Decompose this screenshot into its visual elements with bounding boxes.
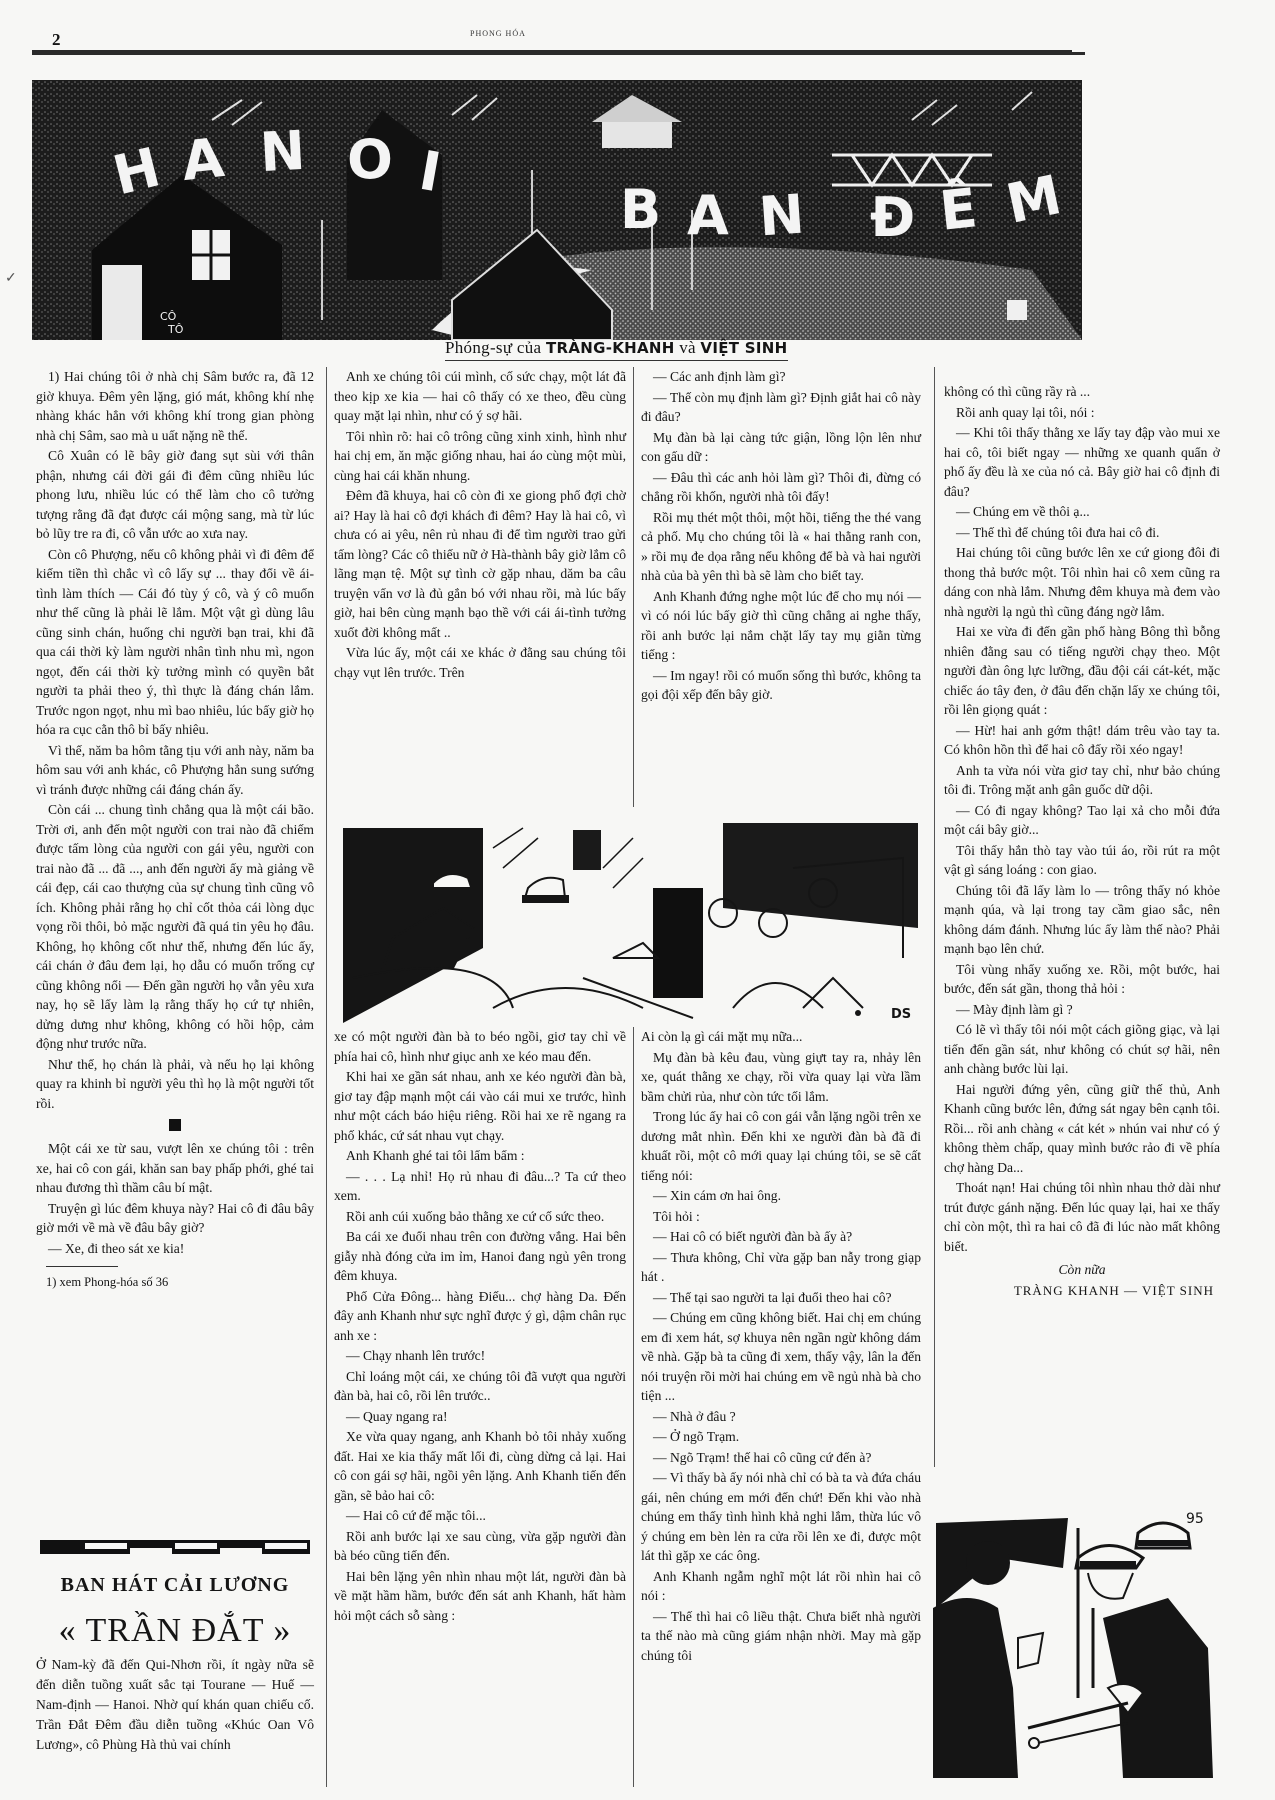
paragraph: không có thì cũng rầy rà ... xyxy=(944,382,1220,402)
paragraph: Hai người đứng yên, cũng giữ thế thủ, An… xyxy=(944,1080,1220,1178)
paragraph: Rồi anh cúi xuống bảo thằng xe cứ cố sức… xyxy=(334,1207,626,1227)
paragraph: Anh Khanh đứng nghe một lúc để cho mụ nó… xyxy=(641,587,921,665)
paragraph: Ai còn lạ gì cái mặt mụ nữa... xyxy=(641,1027,921,1047)
paragraph: — Đâu thì các anh hỏi làm gì? Thôi đi, đ… xyxy=(641,468,921,507)
night-city-woodcut-icon xyxy=(32,80,1082,340)
article-column-3-bottom: Ai còn lạ gì cái mặt mụ nữa... Mụ đàn bà… xyxy=(641,1027,921,1666)
paragraph: Đêm đã khuya, hai cô còn đi xe giong phố… xyxy=(334,486,626,642)
ad-divider-bar xyxy=(40,1540,310,1554)
paragraph: Tôi hỏi : xyxy=(641,1207,921,1227)
ad-title: « TRẦN ĐẮT » xyxy=(36,1612,314,1650)
paragraph: xe có một người đàn bà to béo ngồi, giơ … xyxy=(334,1027,626,1066)
paragraph: Rồi anh quay lại tôi, nói : xyxy=(944,403,1220,423)
paragraph: Truyện gì lúc đêm khuya này? Hai cô đi đ… xyxy=(36,1199,314,1238)
banner-letter-n2: N xyxy=(757,183,806,249)
rickshaw-chase-illustration: DS xyxy=(343,808,918,1023)
paragraph: — Im ngay! rồi có muốn sống thì bước, kh… xyxy=(641,666,921,705)
paragraph: — Thế thì để chúng tôi đưa hai cô đi. xyxy=(944,523,1220,543)
paragraph: Anh ta vừa nói vừa giơ tay chỉ, như bảo … xyxy=(944,761,1220,800)
paragraph: Chỉ loáng một cái, xe chúng tôi đã vượt … xyxy=(334,1367,626,1406)
paragraph: — Vì thấy bà ấy nói nhà chỉ có bà ta và … xyxy=(641,1468,921,1566)
paragraph: Mụ đàn bà lại càng tức giận, lồng lộn lê… xyxy=(641,428,921,467)
article-signature: TRÀNG KHANH — VIỆT SINH xyxy=(944,1281,1220,1301)
paragraph: — Xin cám ơn hai ông. xyxy=(641,1186,921,1206)
section-break-mark xyxy=(169,1119,181,1131)
paragraph: — Hai cô có biết người đàn bà ấy à? xyxy=(641,1227,921,1247)
paragraph: Chúng tôi đã lấy làm lo — trông thấy nó … xyxy=(944,881,1220,959)
ad-heading: BAN HÁT CẢI LƯƠNG xyxy=(36,1574,314,1597)
paragraph: Còn cái ... chung tình chẳng qua là một … xyxy=(36,800,314,1054)
article-column-2-top: Anh xe chúng tôi cúi mình, cố sức chạy, … xyxy=(334,367,626,683)
paragraph: Rồi mụ thét một thôi, một hồi, tiếng the… xyxy=(641,508,921,586)
paragraph: 1) Hai chúng tôi ở nhà chị Sâm bước ra, … xyxy=(36,367,314,445)
paragraph: Xe vừa quay ngang, anh Khanh bỏ tôi nhảy… xyxy=(334,1427,626,1505)
top-rule xyxy=(32,50,1072,55)
byline-prefix: Phóng-sự của xyxy=(445,338,541,357)
paragraph: — Hừ! hai anh gớm thật! dám trêu vào tay… xyxy=(944,721,1220,760)
continued-note: Còn nữa xyxy=(944,1260,1220,1280)
banner-letter-n: N xyxy=(258,119,306,184)
article-column-3-top: — Các anh định làm gì? — Thế còn mụ định… xyxy=(641,367,921,706)
paragraph: Khi hai xe gần sát nhau, anh xe kéo ngườ… xyxy=(334,1067,626,1145)
column-divider xyxy=(934,367,935,1467)
paragraph: — Thế còn mụ định làm gì? Định giắt hai … xyxy=(641,388,921,427)
paragraph: Ba cái xe đuổi nhau trên con đường vắng.… xyxy=(334,1227,626,1286)
confrontation-illustration: 95 xyxy=(928,1488,1228,1778)
banner-letter-e: Ê xyxy=(937,176,980,243)
paragraph: Còn cô Phượng, nếu cô không phải vì đi đ… xyxy=(36,545,314,740)
paragraph: — Hai cô cứ để mặc tôi... xyxy=(334,1506,626,1526)
byline-conjunction: và xyxy=(679,338,696,357)
page-number: 2 xyxy=(52,30,61,50)
article-column-1: 1) Hai chúng tôi ở nhà chị Sâm bước ra, … xyxy=(36,367,314,1293)
paragraph: Thoát nạn! Hai chúng tôi nhìn nhau thở d… xyxy=(944,1178,1220,1256)
artist-mark: DS xyxy=(891,1007,911,1022)
footnote-rule xyxy=(46,1266,118,1267)
ad-body: Ở Nam-kỳ đã đến Qui-Nhơn rồi, ít ngày nữ… xyxy=(36,1655,314,1755)
paragraph: — Xe, đi theo sát xe kia! xyxy=(36,1239,314,1259)
banner-letter-d: Đ xyxy=(870,186,915,249)
banner-letter-b: B xyxy=(620,178,661,241)
paragraph: — Các anh định làm gì? xyxy=(641,367,921,387)
paragraph: Hai xe vừa đi đến gần phố hàng Bông thì … xyxy=(944,622,1220,720)
paragraph: Tôi nhìn rõ: hai cô trông cũng xinh xinh… xyxy=(334,427,626,486)
paragraph: — Nhà ở đâu ? xyxy=(641,1407,921,1427)
paragraph: Hai chúng tôi cũng bước lên xe cứ giong … xyxy=(944,543,1220,621)
column-divider xyxy=(633,367,634,807)
paragraph: Phố Cửa Đông... hàng Điếu... chợ hàng Da… xyxy=(334,1287,626,1346)
paragraph: — Ngõ Trạm! thế hai cô cũng cứ đến à? xyxy=(641,1448,921,1468)
banner-letter-a: A xyxy=(179,126,227,193)
article-byline: Phóng-sự của TRÀNG-KHANH và VIỆT SINH xyxy=(445,338,788,361)
paragraph: — Có đi ngay không? Tao lại xả cho mỗi đ… xyxy=(944,801,1220,840)
paragraph: Anh Khanh ghé tai tôi lẩm bẩm : xyxy=(334,1146,626,1166)
paragraph: Trong lúc ấy hai cô con gái vẫn lặng ngồ… xyxy=(641,1107,921,1185)
banner-illustration: H A N O I B A N Đ Ê M CÔ TÔ xyxy=(32,80,1082,340)
artist-mark: 95 xyxy=(1186,1511,1204,1527)
paragraph: Như thế, họ chán là phải, và nếu họ lại … xyxy=(36,1055,314,1114)
paragraph: — Quay ngang ra! xyxy=(334,1407,626,1427)
paragraph: — Thế tại sao người ta lại đuổi theo hai… xyxy=(641,1288,921,1308)
paragraph: — . . . Lạ nhỉ! Họ rủ nhau đi đâu...? Ta… xyxy=(334,1167,626,1206)
paragraph: Tôi thấy hắn thò tay vào túi áo, rồi rút… xyxy=(944,841,1220,880)
paragraph: — Mày định làm gì ? xyxy=(944,1000,1220,1020)
paragraph: Anh xe chúng tôi cúi mình, cố sức chạy, … xyxy=(334,367,626,426)
column-divider xyxy=(326,367,327,1787)
paragraph: Vừa lúc ấy, một cái xe khác ở đằng sau c… xyxy=(334,643,626,682)
rickshaw-scene-icon: DS xyxy=(343,808,918,1023)
paragraph: Vì thế, năm ba hôm tằng tịu với anh này,… xyxy=(36,741,314,800)
byline-author-2: VIỆT SINH xyxy=(700,339,787,357)
margin-mark: ✓ xyxy=(5,270,17,287)
article-column-2-bottom: xe có một người đàn bà to béo ngồi, giơ … xyxy=(334,1027,626,1626)
paragraph: Có lẽ vì thấy tôi nói một cách giõng giạ… xyxy=(944,1020,1220,1079)
column-divider xyxy=(633,1027,634,1787)
paragraph: — Chạy nhanh lên trước! xyxy=(334,1346,626,1366)
paragraph: — Chúng em cũng không biết. Hai chị em c… xyxy=(641,1308,921,1406)
paragraph: — Khi tôi thấy thằng xe lấy tay đập vào … xyxy=(944,423,1220,501)
byline-author-1: TRÀNG-KHANH xyxy=(546,339,675,357)
paragraph: Mụ đàn bà kêu đau, vùng giựt tay ra, nhả… xyxy=(641,1048,921,1107)
paragraph: Anh Khanh ngẫm nghĩ một lát rồi nhìn hai… xyxy=(641,1567,921,1606)
paragraph: Một cái xe từ sau, vượt lên xe chúng tôi… xyxy=(36,1139,314,1198)
paragraph: Cô Xuân có lẽ bây giờ đang sụt sùi với t… xyxy=(36,446,314,544)
paragraph: — Thế thì hai cô liều thật. Chưa biết nh… xyxy=(641,1607,921,1666)
banner-letter-a2: A xyxy=(687,184,729,247)
paragraph: — Thưa không, Chỉ vừa gặp ban nẫy trong … xyxy=(641,1248,921,1287)
footnote: 1) xem Phong-hóa số 36 xyxy=(36,1273,314,1293)
paragraph: Rồi anh bước lại xe sau cùng, vừa gặp ng… xyxy=(334,1527,626,1566)
paragraph: — Ở ngõ Trạm. xyxy=(641,1427,921,1447)
men-confrontation-icon: 95 xyxy=(928,1488,1228,1778)
paragraph: Hai bên lặng yên nhìn nhau một lát, ngườ… xyxy=(334,1567,626,1626)
banner-artist-credit: CÔ TÔ xyxy=(160,310,183,336)
paragraph: — Chúng em về thôi ạ... xyxy=(944,502,1220,522)
article-column-4: không có thì cũng rầy rà ... Rồi anh qua… xyxy=(944,382,1220,1301)
banner-letter-o: O xyxy=(347,128,393,191)
masthead-text: PHONG HÓA xyxy=(470,29,526,38)
top-rule-end xyxy=(1053,52,1085,55)
paragraph: Tôi vùng nhẩy xuống xe. Rồi, một bước, h… xyxy=(944,960,1220,999)
